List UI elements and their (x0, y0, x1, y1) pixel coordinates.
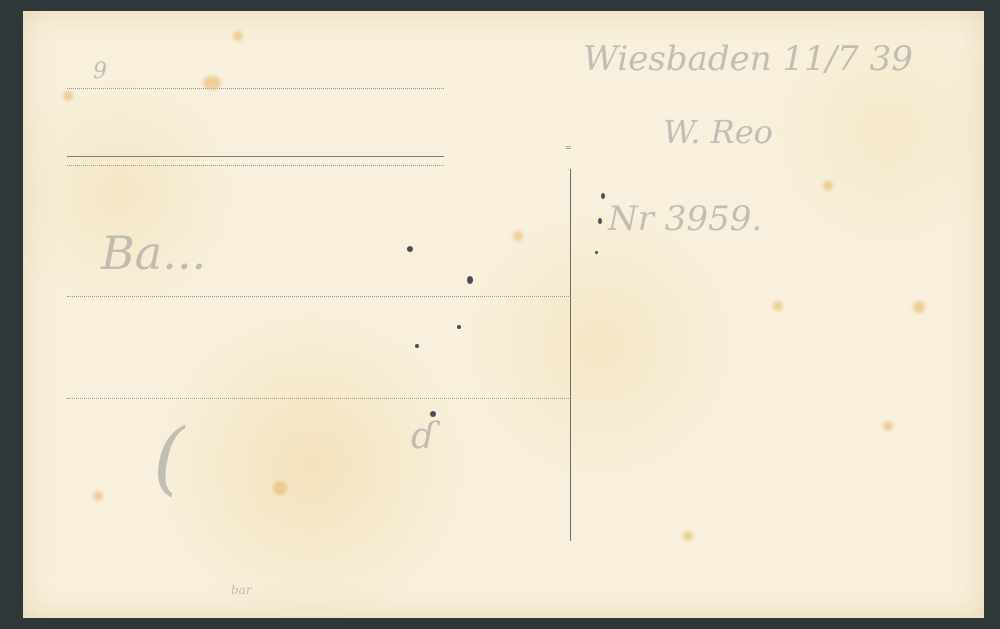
pencil-note-number: Nr 3959. (608, 199, 762, 239)
foxing-spot (273, 481, 287, 495)
pencil-scribble-drop: ɗ (411, 416, 436, 457)
ink-dot (601, 193, 605, 199)
divider-line (67, 156, 444, 157)
foxing-spot (233, 31, 243, 41)
vertical-divider (570, 169, 571, 541)
address-line-4 (67, 398, 569, 399)
ink-dot (598, 218, 602, 224)
ink-dot (595, 251, 598, 254)
ink-dot (415, 344, 419, 348)
foxing-spot (823, 181, 833, 191)
foxing-spot (683, 531, 693, 541)
center-mark: = (565, 143, 573, 152)
foxing-spot (203, 76, 221, 90)
pencil-note-location-date: Wiesbaden 11/7 39 (583, 39, 913, 79)
postcard-back: = 9 Wiesbaden 11/7 39 W. Reo Nr 3959. Ba… (23, 11, 984, 618)
ink-dot (407, 246, 413, 252)
address-line-3 (67, 296, 569, 297)
pencil-scribble-left: ( (153, 411, 184, 504)
ink-dot (457, 325, 461, 329)
address-line-1 (67, 88, 444, 89)
ink-dot (430, 411, 436, 417)
foxing-spot (513, 231, 523, 241)
pencil-note-bottom: bar (231, 583, 252, 597)
address-line-2 (67, 165, 444, 166)
foxing-spot (63, 91, 73, 101)
foxing-spot (913, 301, 925, 313)
foxing-spot (773, 301, 783, 311)
foxing-spot (93, 491, 103, 501)
foxing-spot (883, 421, 893, 431)
pencil-note-address: Ba... (101, 226, 206, 280)
ink-dot (467, 276, 473, 284)
pencil-note-name: W. Reo (663, 113, 773, 151)
pencil-note-top-left: 9 (93, 59, 107, 84)
